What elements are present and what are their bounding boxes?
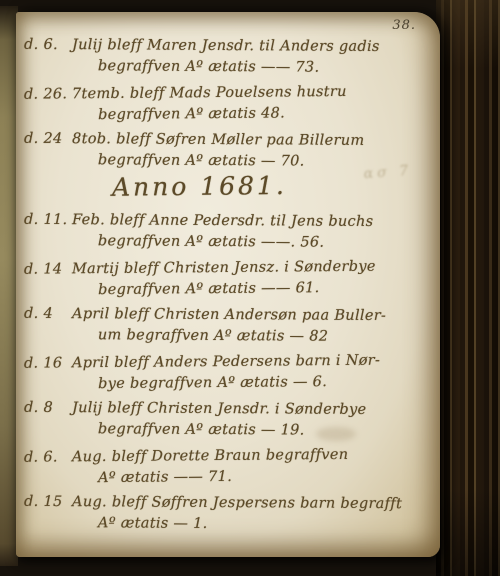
- burial-entry: d. 11. Feb. bleff Anne Pedersdr. til Jen…: [16, 210, 426, 255]
- burial-entry: d. 16 April bleff Anders Pedersens barn …: [16, 350, 426, 396]
- entry-date: d. 14: [24, 259, 63, 280]
- entry-line1: Julij bleff Christen Jensdr. i Sønderbye: [72, 398, 426, 421]
- entry-line2: begraffven Aº ætatis — 19.: [72, 419, 426, 442]
- entry-line1: Martij bleff Christen Jensz. i Sønderbye: [72, 256, 426, 280]
- entry-line2: begraffven Aº ætatis ——. 56.: [72, 231, 426, 254]
- burial-entry: d. 8 Julij bleff Christen Jensdr. i Sønd…: [16, 398, 426, 443]
- burial-entry: d. 6. Aug. bleff Dorette Braun begraffve…: [16, 444, 426, 490]
- entry-date: d. 8: [24, 398, 53, 419]
- entry-date: d. 15: [24, 492, 63, 513]
- paper-stain: [316, 427, 356, 441]
- entry-date: d. 6.: [24, 447, 58, 468]
- entry-line2: Aº ætatis — 1.: [72, 513, 426, 536]
- burial-entry: d. 4 April bleff Christen Andersøn paa B…: [16, 304, 426, 349]
- entry-date: d. 24: [24, 129, 63, 150]
- book-fore-edge: [436, 0, 500, 576]
- burial-entry: d. 6. Julij bleff Maren Jensdr. til Ande…: [16, 35, 426, 80]
- page-number: 38.: [392, 18, 416, 33]
- entry-date: d. 11.: [24, 210, 68, 231]
- manuscript-photo: 38. d. 6. Julij bleff Maren Jensdr. til …: [0, 0, 500, 576]
- ink-showthrough-smudge: ασ 7: [363, 162, 429, 192]
- entry-line2: begraffven Aº ætatis —— 73.: [72, 56, 426, 79]
- burial-entry: d. 14 Martij bleff Christen Jensz. i Søn…: [16, 256, 426, 302]
- entry-date: d. 26.: [24, 84, 68, 105]
- entry-line1: April bleff Christen Andersøn paa Buller…: [72, 304, 426, 327]
- burial-entry: d. 26. 7temb. bleff Mads Pouelsens hustr…: [16, 81, 426, 127]
- entry-line1: Julij bleff Maren Jensdr. til Anders gad…: [72, 35, 426, 58]
- entry-line1: 8tob. bleff Søfren Møller paa Billerum: [72, 129, 426, 152]
- entry-line1: Feb. bleff Anne Pedersdr. til Jens buchs: [72, 210, 426, 233]
- burial-entry: d. 15 Aug. bleff Søffren Jespersens barn…: [16, 492, 426, 537]
- entry-line2: Aº ætatis —— 71.: [72, 465, 426, 489]
- entry-line2: begraffven Aº ætatis 48.: [72, 102, 426, 126]
- entry-line1: April bleff Anders Pedersens barn i Nør-: [72, 350, 426, 374]
- entry-line1: Aug. bleff Søffren Jespersens barn begra…: [72, 492, 426, 515]
- entry-date: d. 6.: [24, 35, 58, 56]
- manuscript-page: 38. d. 6. Julij bleff Maren Jensdr. til …: [16, 12, 440, 557]
- entry-line2: um begraffven Aº ætatis — 82: [72, 325, 426, 348]
- entry-date: d. 16: [24, 353, 63, 374]
- entry-line2: bye begraffven Aº ætatis — 6.: [72, 371, 426, 395]
- entry-date: d. 4: [24, 304, 53, 325]
- entry-line2: begraffven Aº ætatis —— 61.: [72, 277, 426, 301]
